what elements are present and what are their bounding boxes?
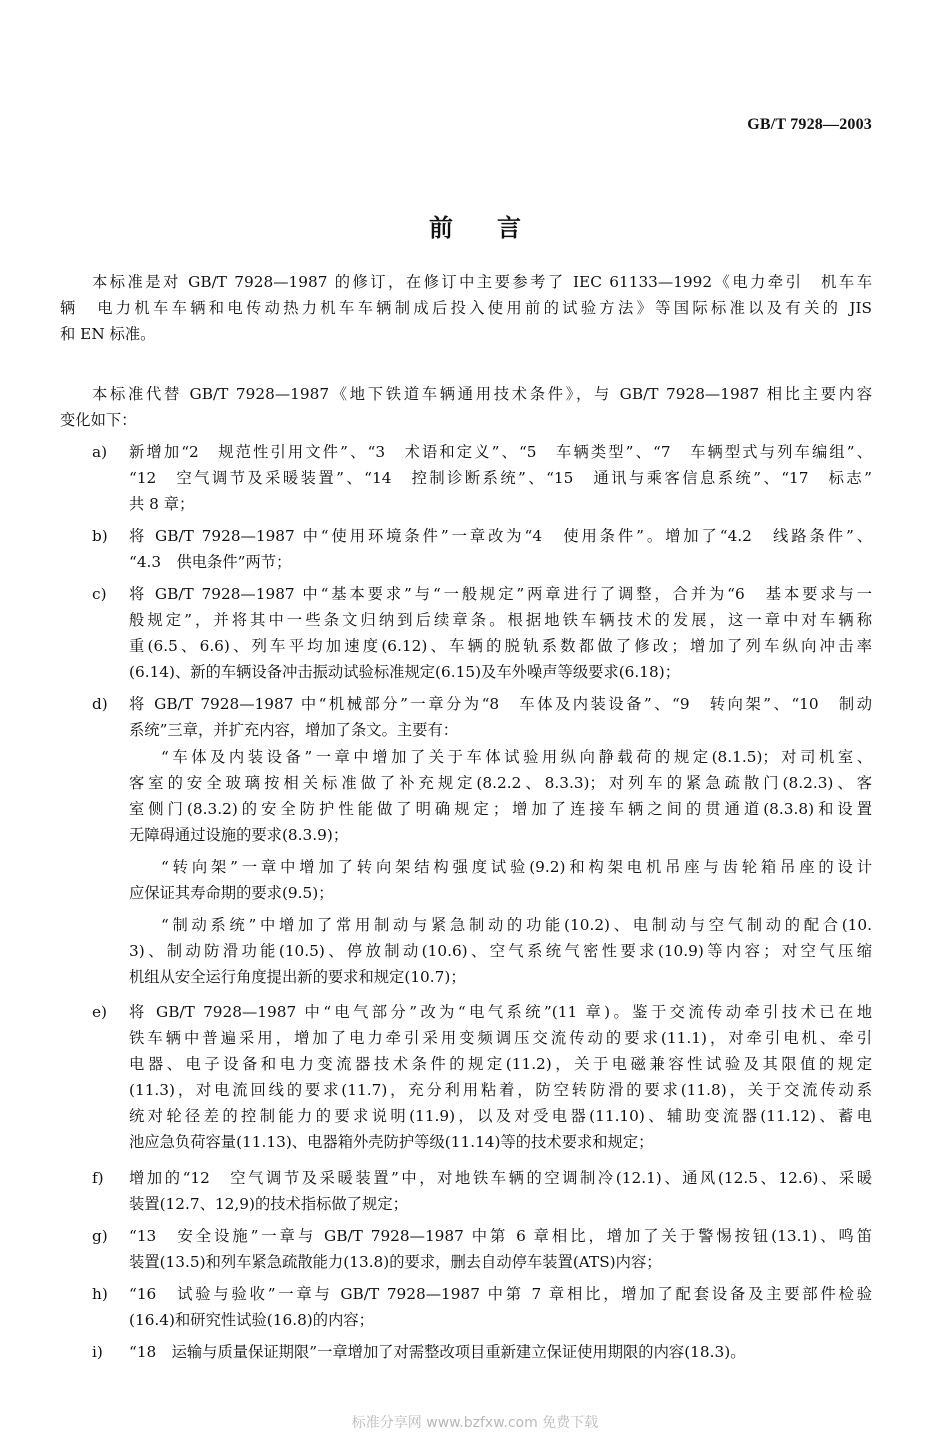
text-line: “转向架”一章中增加了转向架结构强度试验(9.2)和构架电机吊座与齿轮箱吊座的设…	[161, 857, 872, 877]
text-line: 装置(12.7、12,9)的技术指标做了规定；	[129, 1194, 872, 1214]
text-line: 客室的安全玻璃按相关标准做了补充规定(8.2.2、8.3.3)；对列车的紧急疏散…	[129, 773, 872, 793]
text-line: 铁车辆中普遍采用，增加了电力牵引采用变频调压交流传动的要求(11.1)，对牵引电…	[129, 1028, 872, 1048]
text-line: “4.3 供电条件”两节；	[129, 552, 872, 572]
watermark-footer: 标准分享网 www.bzfxw.com 免费下载	[0, 1412, 950, 1432]
text-line: (11.3)，对电流回线的要求(11.7)，充分利用粘着，防空转防滑的要求(11…	[129, 1080, 872, 1100]
text-line: 将 GB/T 7928—1987 中“机械部分”一章分为“8 车体及内装设备”、…	[129, 694, 872, 714]
list-label: i)	[92, 1342, 103, 1362]
text-line: 无障碍通过设施的要求(8.3.9)；	[129, 825, 872, 845]
text-line: 池应急负荷容量(11.13)、电器箱外壳防护等级(11.14)等的技术要求和规定…	[129, 1132, 872, 1152]
text-line: 将 GB/T 7928—1987 中“使用环境条件”一章改为“4 使用条件”。增…	[129, 526, 872, 546]
text-line: 将 GB/T 7928—1987 中“基本要求”与“一般规定”两章进行了调整，合…	[129, 584, 872, 604]
text-line: “制动系统”中增加了常用制动与紧急制动的功能(10.2)、电制动与空气制动的配合…	[161, 915, 872, 935]
text-line: 将 GB/T 7928—1987 中“电气部分”改为“电气系统”(11 章)。鉴…	[129, 1002, 872, 1022]
text-line: 室侧门(8.3.2)的安全防护性能做了明确规定；增加了连接车辆之间的贯通道(8.…	[129, 799, 872, 819]
page-title: 前言	[0, 208, 950, 243]
text-line: 重(6.5、6.6)、列车平均加速度(6.12)、车辆的脱轨系数都做了修改；增加…	[129, 636, 872, 656]
list-label: f)	[92, 1168, 104, 1188]
text-line: 电器、电子设备和电力变流器技术条件的规定(11.2)，关于电磁兼容性试验及其限值…	[129, 1054, 872, 1074]
text-line: 变化如下：	[60, 410, 872, 430]
text-line: 和 EN 标准。	[60, 324, 872, 344]
list-label: a)	[92, 442, 107, 462]
text-line: 共 8 章；	[129, 494, 872, 514]
list-label: c)	[92, 584, 107, 604]
text-line: “12 空气调节及采暖装置”、“14 控制诊断系统”、“15 通讯与乘客信息系统…	[129, 468, 872, 488]
list-label: g)	[92, 1226, 108, 1246]
text-line: “16 试验与验收”一章与 GB/T 7928—1987 中第 7 章相比，增加…	[129, 1284, 872, 1304]
text-line: 辆 电力机车车辆和电传动热力机车车辆制成后投入使用前的试验方法》等国际标准以及有…	[60, 298, 872, 318]
text-line: 机组从安全运行角度提出新的要求和规定(10.7)；	[129, 967, 872, 987]
list-label: b)	[92, 526, 108, 546]
text-line: (6.14)、新的车辆设备冲击振动试验标准规定(6.15)及车外噪声等级要求(6…	[129, 662, 872, 682]
text-line: 般规定”，并将其中一些条文归纳到后续章条。根据地铁车辆技术的发展，这一章中对车辆…	[129, 610, 872, 630]
text-line: 装置(13.5)和列车紧急疏散能力(13.8)的要求，删去自动停车装置(ATS)…	[129, 1252, 872, 1272]
text-line: 本标准代替 GB/T 7928—1987《地下铁道车辆通用技术条件》，与 GB/…	[92, 384, 872, 404]
text-line: 系统”三章，并扩充内容，增加了条文。主要有：	[129, 720, 872, 740]
text-line: 3)、制动防滑功能(10.5)、停放制动(10.6)、空气系统气密性要求(10.…	[129, 941, 872, 961]
list-label: e)	[92, 1002, 107, 1022]
text-line: (16.4)和研究性试验(16.8)的内容；	[129, 1310, 872, 1330]
list-label: h)	[92, 1284, 108, 1304]
text-line: “13 安全设施”一章与 GB/T 7928—1987 中第 6 章相比，增加了…	[129, 1226, 872, 1246]
list-label: d)	[92, 694, 108, 714]
text-line: “18 运输与质量保证期限”一章增加了对需整改项目重新建立保证使用期限的内容(1…	[129, 1342, 872, 1362]
text-line: 统对轮径差的控制能力的要求说明(11.9)，以及对受电器(11.10)、辅助变流…	[129, 1106, 872, 1126]
standard-number: GB/T 7928—2003	[747, 116, 872, 134]
text-line: 增加的“12 空气调节及采暖装置”中，对地铁车辆的空调制冷(12.1)、通风(1…	[129, 1168, 872, 1188]
text-line: 新增加“2 规范性引用文件”、“3 术语和定义”、“5 车辆类型”、“7 车辆型…	[129, 442, 872, 462]
text-line: 应保证其寿命期的要求(9.5)；	[129, 883, 872, 903]
text-line: 本标准是对 GB/T 7928—1987 的修订，在修订中主要参考了 IEC 6…	[92, 272, 872, 292]
text-line: “车体及内装设备”一章中增加了关于车体试验用纵向静载荷的规定(8.1.5)；对司…	[161, 747, 872, 767]
